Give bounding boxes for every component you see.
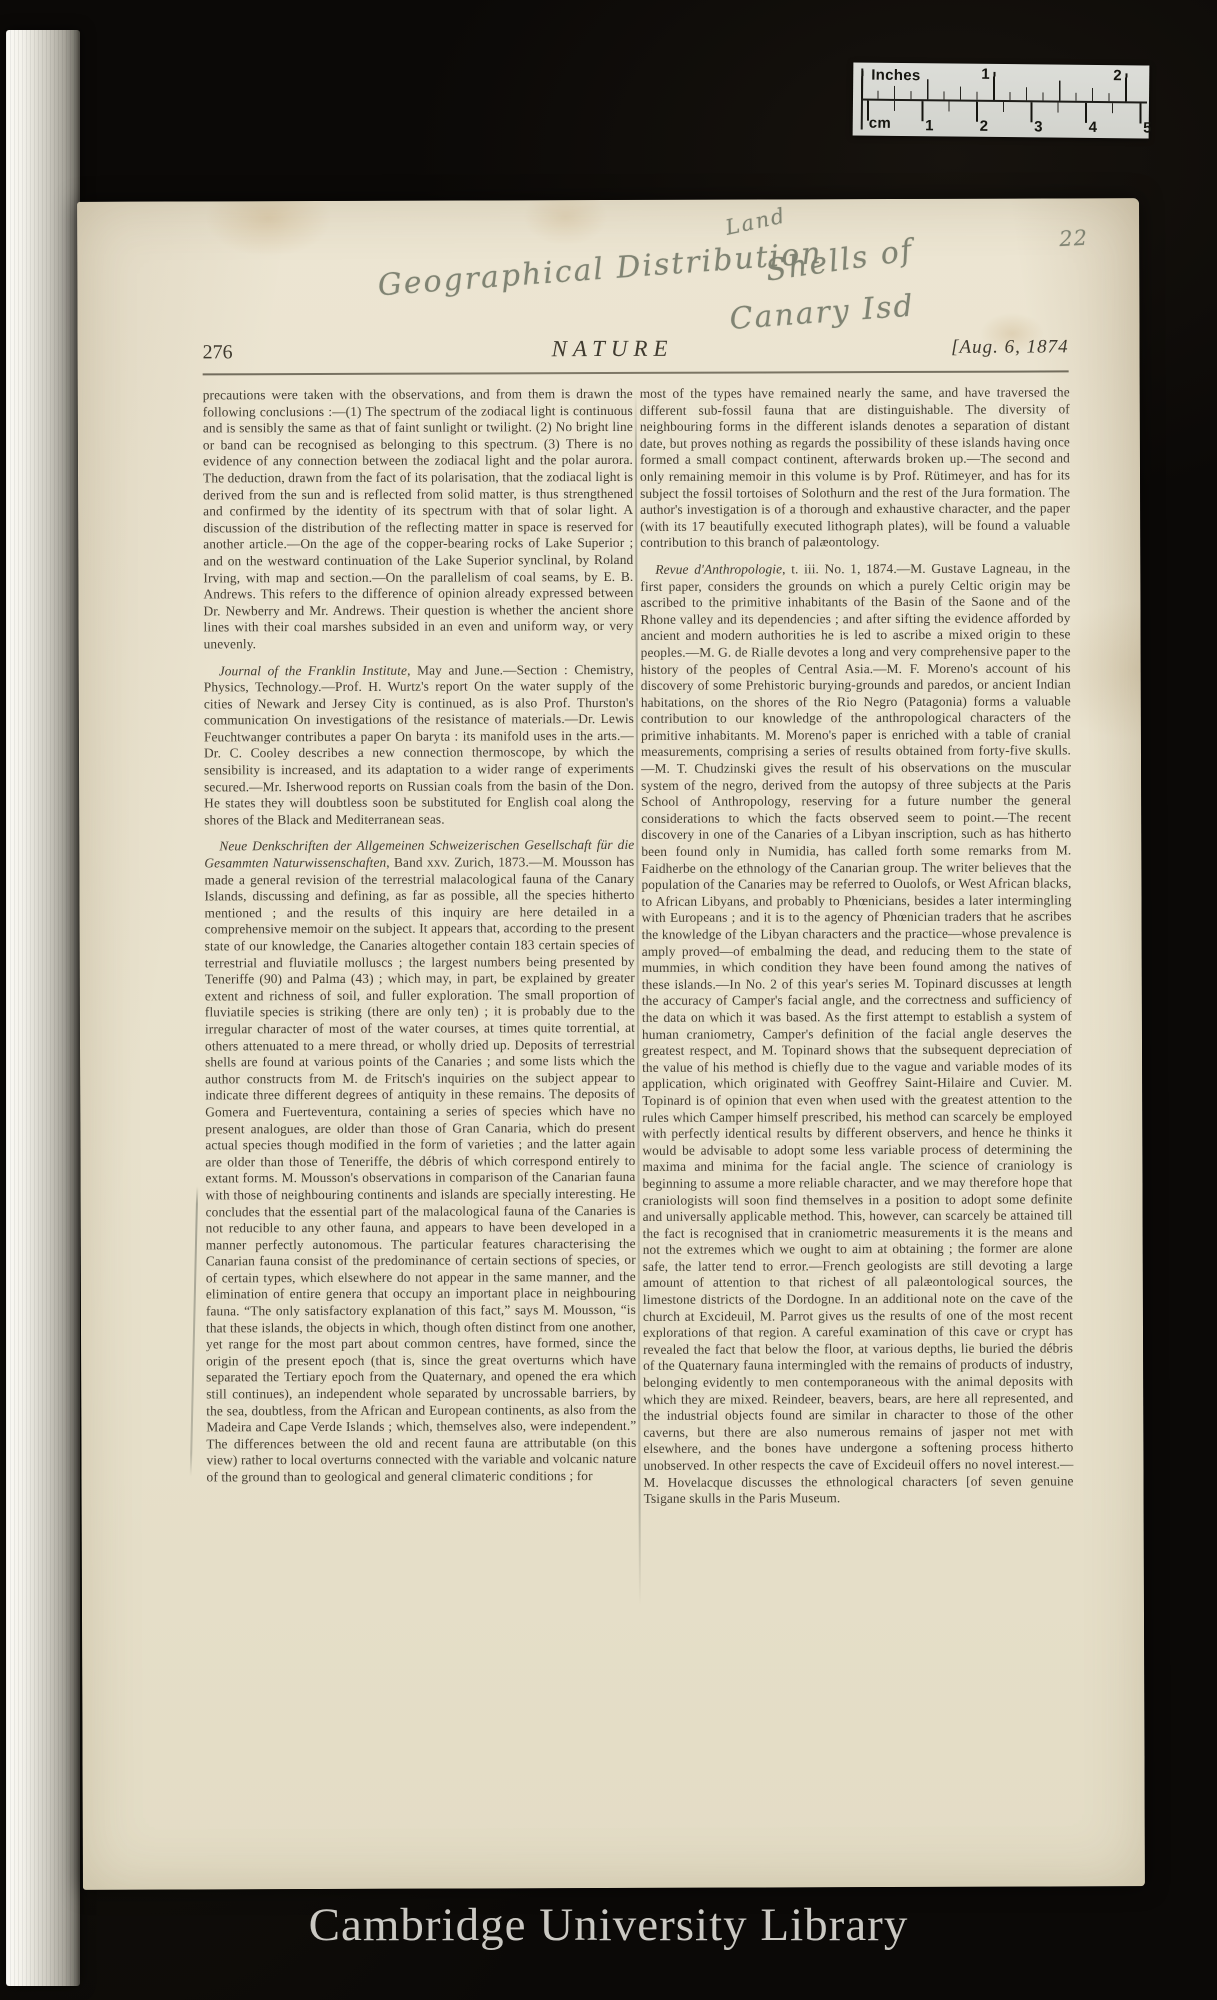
ruler-inch-numbers: 12 [853, 62, 1149, 65]
ruler-ticks-cm [867, 101, 1143, 124]
journal-reference-title: Revue d'Anthropologie [655, 561, 782, 576]
library-watermark: Cambridge University Library [0, 1898, 1217, 1952]
ruler-number: 1 [925, 117, 934, 134]
measurement-ruler: Inches cm 12 12345 [853, 62, 1150, 138]
ruler-cm-label: cm [869, 115, 891, 132]
ruler-number: 1 [981, 66, 990, 83]
column-right: most of the types have remained nearly t… [640, 384, 1075, 1765]
page-number: 276 [203, 341, 233, 364]
issue-date: [Aug. 6, 1874 [951, 336, 1069, 358]
ruler-number: 4 [1089, 119, 1098, 136]
pencil-margin-mark [190, 1186, 199, 1476]
paragraph: Revue d'Anthropologie, t. iii. No. 1, 18… [640, 560, 1073, 1507]
handwritten-annotation: Land [723, 203, 788, 239]
paragraph: Neue Denkschriften der Allgemeinen Schwe… [204, 837, 636, 1486]
ruler-number: 3 [1034, 118, 1043, 135]
paragraph: most of the types have remained nearly t… [640, 384, 1071, 551]
ruler-number: 2 [1113, 67, 1122, 84]
paragraph: Journal of the Franklin Institute, May a… [204, 661, 635, 828]
journal-title: NATURE [503, 336, 723, 363]
ruler-cm-numbers: 12345 [853, 62, 1149, 65]
paragraph: precautions were taken with the observat… [203, 386, 634, 653]
journal-page: Geographical Distribution Land Shells of… [77, 198, 1145, 1890]
page-header: 276 NATURE [Aug. 6, 1874 [203, 332, 1069, 375]
handwritten-annotation: Geographical Distribution [377, 236, 824, 304]
column-left: precautions were taken with the observat… [203, 386, 638, 1767]
handwritten-annotation: Canary Isd [728, 289, 915, 337]
journal-reference-title: Neue Denkschriften der Allgemeinen Schwe… [204, 837, 634, 870]
journal-reference-title: Journal of the Franklin Institute [219, 662, 407, 678]
ruler-number: 5 [1143, 119, 1152, 136]
folio-number: 22 [1059, 226, 1089, 252]
book-page-edges [6, 30, 80, 1986]
ruler-number: 2 [980, 118, 989, 135]
ruler-inches-label: Inches [871, 67, 921, 85]
